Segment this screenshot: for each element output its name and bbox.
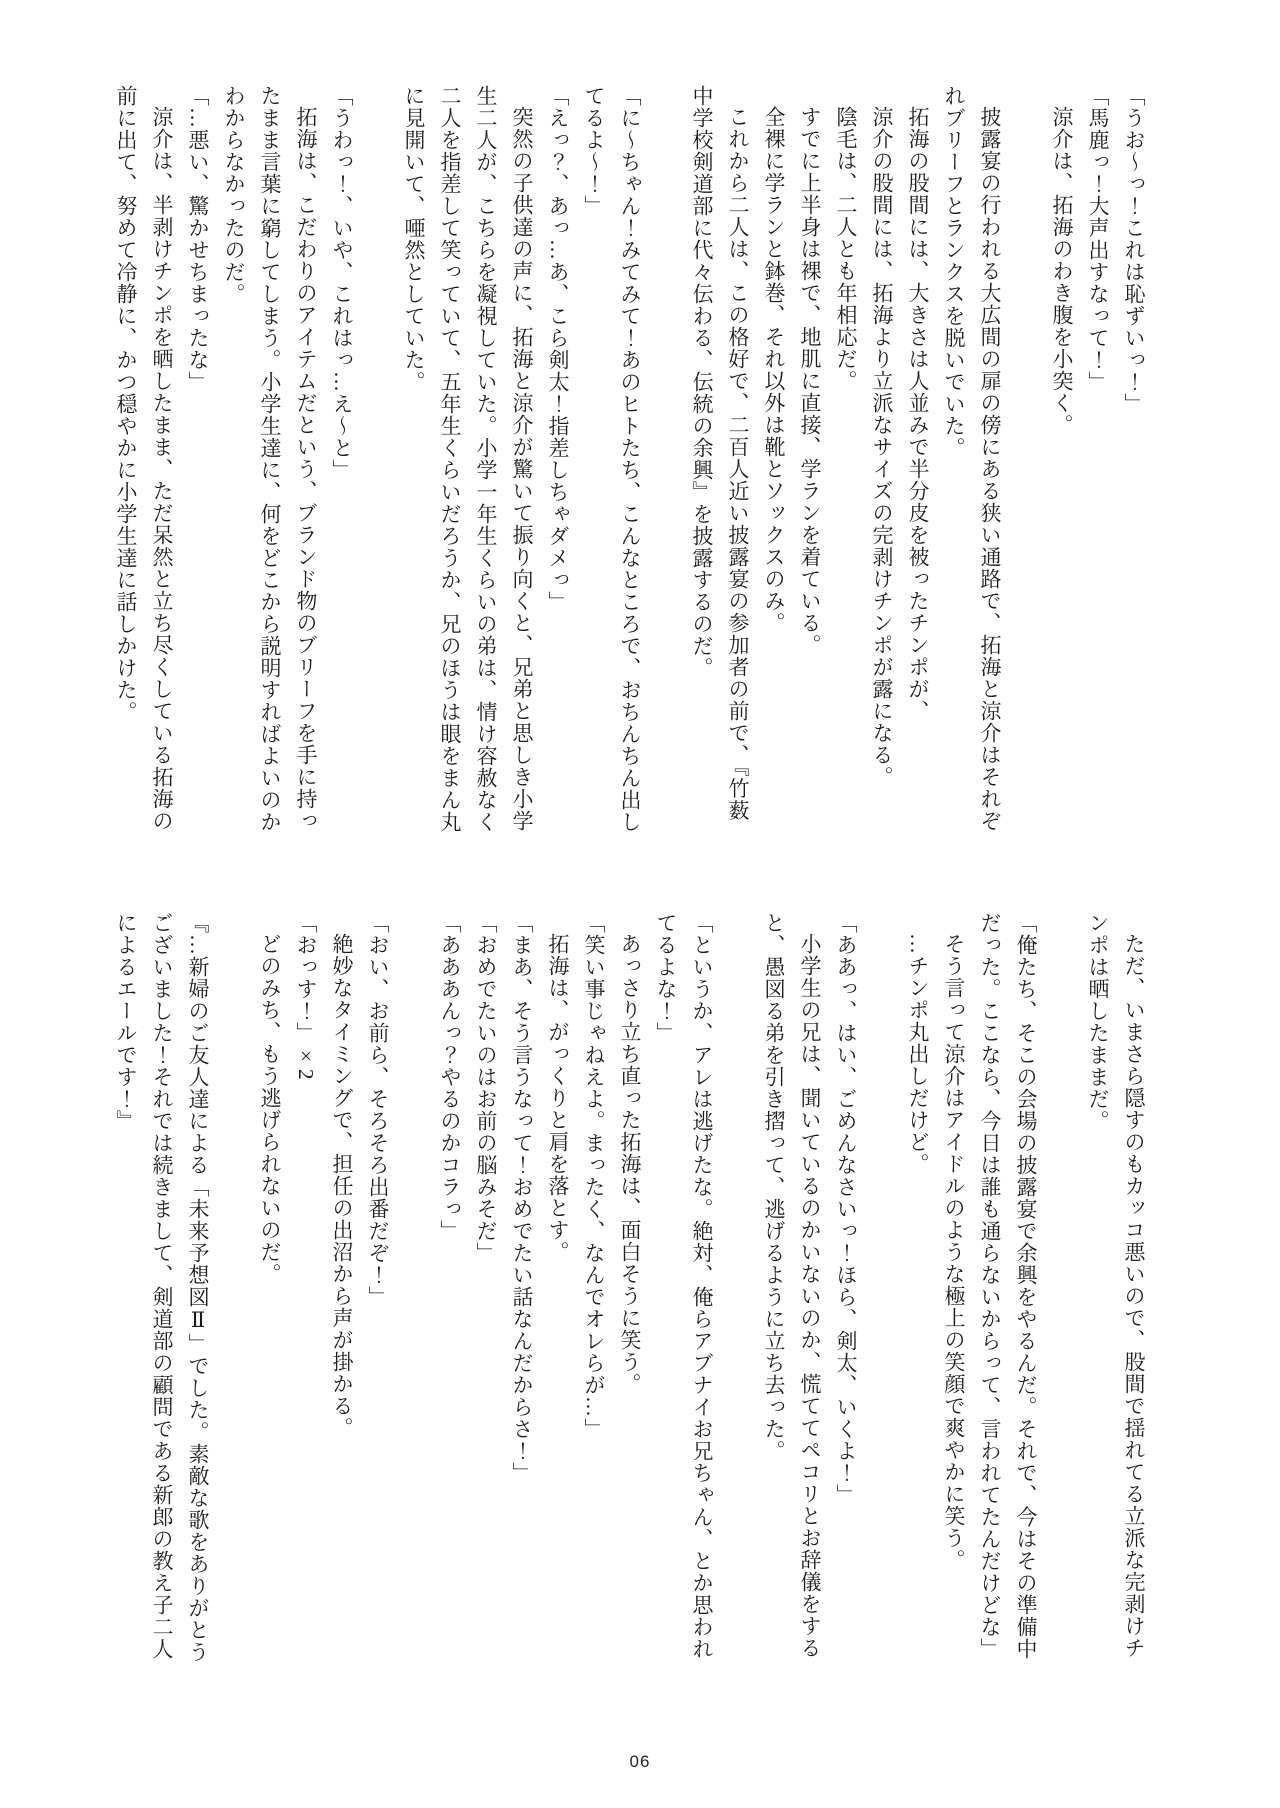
text-column: 拓海は、がっくりと肩を落とす。: [540, 912, 576, 1660]
text-column: てるよな！」: [648, 912, 684, 1660]
text-column: 「うお〜っ！これは恥ずいっ！」: [1116, 85, 1152, 833]
text-column: たまま言葉に窮してしまう。小学生達に、何をどこから説明すればよいのか: [252, 85, 288, 833]
blank-column: [216, 912, 252, 1660]
text-column: 突然の子供達の声に、拓海と涼介が驚いて振り向くと、兄弟と思しき小学: [504, 85, 540, 833]
text-column: どのみち、もう逃げられないのだ。: [252, 912, 288, 1660]
text-column: 『…新婦のご友人達による「未来予想図Ⅱ」でした。素敵な歌をありがとう: [180, 912, 216, 1660]
text-column: 拓海は、こだわりのアイテムだという、ブランド物のブリーフを手に持っ: [288, 85, 324, 833]
text-column: 涼介は、半剥けチンポを晒したまま、ただ呆然と立ち尽くしている拓海の: [144, 85, 180, 833]
text-column: れブリーフとランクスを脱いでいた。: [936, 85, 972, 833]
text-column: 生二人が、こちらを凝視していた。小学一年生くらいの弟は、情け容赦なく: [468, 85, 504, 833]
text-column: 二人を指差して笑っていて、五年生くらいだろうか、兄のほうは眼をまん丸: [432, 85, 468, 833]
text-column: と、愚図る弟を引き摺って、逃げるように立ち去った。: [756, 912, 792, 1660]
text-column: だった。ここなら、今日は誰も通らないからって、言われてたんだけどな」: [972, 912, 1008, 1660]
text-column: ございました！それでは続きまして、剣道部の顧問である新郎の教え子二人: [144, 912, 180, 1660]
text-column: 涼介の股間には、拓海より立派なサイズの完剥けチンポが露になる。: [864, 85, 900, 833]
text-column: 前に出て、努めて冷静に、かつ穏やかに小学生達に話しかけた。: [108, 85, 144, 833]
blank-column: [1044, 912, 1080, 1660]
text-column: あっさり立ち直った拓海は、面白そうに笑う。: [612, 912, 648, 1660]
text-column: 「俺たち、そこの会場の披露宴で余興をやるんだ。それで、今はその準備中: [1008, 912, 1044, 1660]
scanned-novel-page: { "page": { "number": "06", "background_…: [0, 0, 1280, 1808]
blank-column: [360, 85, 396, 833]
text-column: 小学生の兄は、聞いているのかいないのか、慌ててペコリとお辞儀をする: [792, 912, 828, 1660]
text-column: ただ、いまさら隠すのもカッコ悪いので、股間で揺れてる立派な完剥けチ: [1116, 912, 1152, 1660]
text-column: 涼介は、拓海のわき腹を小突く。: [1044, 85, 1080, 833]
text-column: そう言って涼介はアイドルのような極上の笑顔で爽やかに笑う。: [936, 912, 972, 1660]
text-column: に見開いて、唖然としていた。: [396, 85, 432, 833]
text-column: ンポは晒したままだ。: [1080, 912, 1116, 1660]
bottom-text-block: ただ、いまさら隠すのもカッコ悪いので、股間で揺れてる立派な完剥けチンポは晒したま…: [108, 912, 1152, 1660]
text-column: 「あああんっ？やるのかコラっ」: [432, 912, 468, 1660]
text-column: 「ああっ、はい、ごめんなさいっ！ほら、剣太、いくよ！」: [828, 912, 864, 1660]
blank-column: [396, 912, 432, 1660]
text-column: 「に〜ちゃん！みてみて！あのヒトたち、こんなところで、おちんちん出し: [612, 85, 648, 833]
text-column: 陰毛は、二人とも年相応だ。: [828, 85, 864, 833]
text-column: によるエールです！』: [108, 912, 144, 1660]
blank-column: [648, 85, 684, 833]
text-column: 披露宴の行われる大広間の扉の傍にある狭い通路で、拓海と涼介はそれぞ: [972, 85, 1008, 833]
text-column: 「うわっ！、いや、これはっ…え〜と」: [324, 85, 360, 833]
text-column: 「おい、お前ら、そろそろ出番だぞ！」: [360, 912, 396, 1660]
text-column: てるよ〜！」: [576, 85, 612, 833]
text-column: 中学校剣道部に代々伝わる、伝統の余興』を披露するのだ。: [684, 85, 720, 833]
text-column: 「というか、アレは逃げたな。絶対、俺らアブナイお兄ちゃん、とか思われ: [684, 912, 720, 1660]
text-column: 「おめでたいのはお前の脳みそだ」: [468, 912, 504, 1660]
text-column: 「…悪い、驚かせちまったな」: [180, 85, 216, 833]
text-column: 「笑い事じゃねえよ。まったく、なんでオレらが…」: [576, 912, 612, 1660]
blank-column: [1008, 85, 1044, 833]
text-column: 「えっ？、あっ…あ、こら剣太！指差しちゃダメっ」: [540, 85, 576, 833]
text-column: 全裸に学ランと鉢巻、それ以外は靴とソックスのみ。: [756, 85, 792, 833]
top-text-block: 「うお〜っ！これは恥ずいっ！」「馬鹿っ！大声出すなって！」涼介は、拓海のわき腹を…: [108, 85, 1152, 833]
blank-column: [720, 912, 756, 1660]
text-column: これから二人は、この格好で、二百人近い披露宴の参加者の前で、『竹薮: [720, 85, 756, 833]
page-number: 06: [0, 1752, 1280, 1772]
text-column: 絶妙なタイミングで、担任の出沼から声が掛かる。: [324, 912, 360, 1660]
text-column: 「おっす！」×2: [288, 912, 324, 1660]
text-column: …チンポ丸出しだけど。: [900, 912, 936, 1660]
text-column: すでに上半身は裸で、地肌に直接、学ランを着ている。: [792, 85, 828, 833]
text-column: 「まあ、そう言うなって！おめでたい話なんだからさ！」: [504, 912, 540, 1660]
blank-column: [864, 912, 900, 1660]
text-column: 「馬鹿っ！大声出すなって！」: [1080, 85, 1116, 833]
text-column: 拓海の股間には、大きさは人並みで半分皮を被ったチンポが、: [900, 85, 936, 833]
text-column: わからなかったのだ。: [216, 85, 252, 833]
